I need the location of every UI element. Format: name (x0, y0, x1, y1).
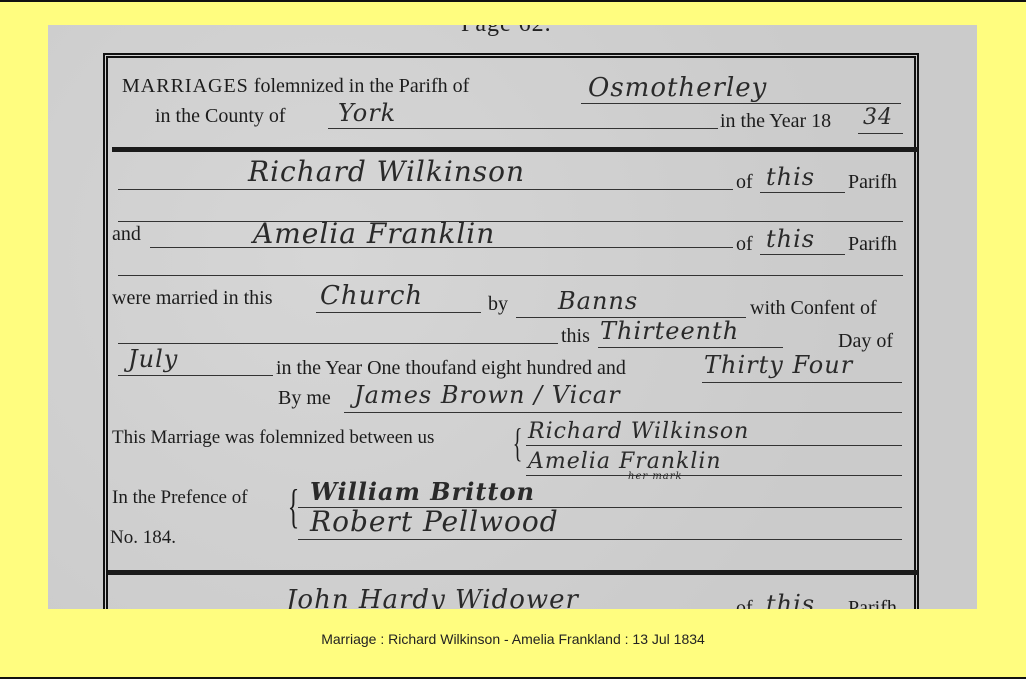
bride-of-label: of (736, 233, 753, 256)
header-divider (112, 147, 918, 152)
bride-name: Amelia Franklin (253, 217, 495, 250)
bride-parish: this (766, 225, 815, 253)
marriages-title: MARRIAGES (122, 75, 249, 97)
day-of-label: Day of (838, 330, 893, 353)
image-caption: Marriage : Richard Wilkinson - Amelia Fr… (0, 631, 1026, 647)
place-handwritten: Church (320, 281, 423, 311)
next-parish: this (766, 590, 815, 609)
parish-line (581, 103, 901, 104)
groom-parish: this (766, 163, 815, 191)
next-of-label: of (736, 597, 753, 609)
groom-signature-line (526, 445, 902, 446)
married-label: were married in this (112, 287, 273, 310)
county-line (328, 128, 718, 129)
header-line-1: MARRIAGES folemnized in the Parifh of (122, 75, 469, 98)
officiant-handwritten: James Brown / Vicar (354, 381, 621, 409)
between-label: This Marriage was folemnized between us (112, 427, 434, 449)
month-line (118, 375, 273, 376)
groom-signature: Richard Wilkinson (528, 419, 749, 444)
year-handwritten: 34 (863, 105, 893, 130)
place-line (316, 312, 481, 313)
next-entry-name: John Hardy Widower (286, 585, 579, 609)
county-label: in the County of (155, 105, 286, 128)
by-label: by (488, 293, 508, 316)
parish-handwritten: Osmotherley (588, 73, 767, 103)
bride-mark-note: her mark (628, 471, 683, 482)
between-brace: { (513, 423, 523, 463)
and-label: and (112, 223, 141, 246)
officiant-line (344, 412, 902, 413)
county-handwritten: York (338, 99, 396, 127)
consent-label: with Confent of (750, 297, 877, 320)
groom-of-label: of (736, 171, 753, 194)
bride-extra-line (118, 275, 903, 276)
year-text-label: in the Year One thoufand eight hundred a… (276, 357, 626, 380)
this-label: this (561, 325, 590, 348)
by-me-label: By me (278, 387, 331, 410)
groom-line (118, 189, 733, 190)
method-handwritten: Banns (558, 287, 638, 315)
bride-signature-line (526, 475, 902, 476)
groom-extra-line (118, 221, 903, 222)
year-label: in the Year 18 (720, 110, 831, 133)
day-handwritten: Thirteenth (600, 317, 739, 345)
month-handwritten: July (128, 345, 178, 373)
year-words-line (702, 382, 902, 383)
groom-parish-line (760, 192, 845, 193)
bride-parish-line (760, 254, 845, 255)
presence-label: In the Prefence of (112, 487, 248, 509)
consent-line (118, 343, 558, 344)
year-line (858, 133, 903, 134)
entry-number: No. 184. (110, 527, 176, 549)
bride-parish-label: Parifh (848, 233, 897, 256)
register-scan-image: Page 62. MARRIAGES folemnized in the Par… (48, 25, 977, 609)
witness2-signature: Robert Pellwood (310, 505, 559, 538)
year-words-handwritten: Thirty Four (704, 351, 853, 379)
groom-name: Richard Wilkinson (248, 155, 525, 188)
groom-parish-label: Parifh (848, 171, 897, 194)
witness1-signature: William Britton (310, 477, 535, 506)
header-text-1: folemnized in the Parifh of (254, 75, 470, 97)
day-line (598, 347, 783, 348)
page-number: Page 62. (461, 25, 552, 38)
entry-divider (108, 570, 918, 575)
next-parish-label: Parifh (848, 597, 897, 609)
witness2-line (298, 539, 902, 540)
bride-signature: Amelia Franklin (528, 449, 722, 474)
